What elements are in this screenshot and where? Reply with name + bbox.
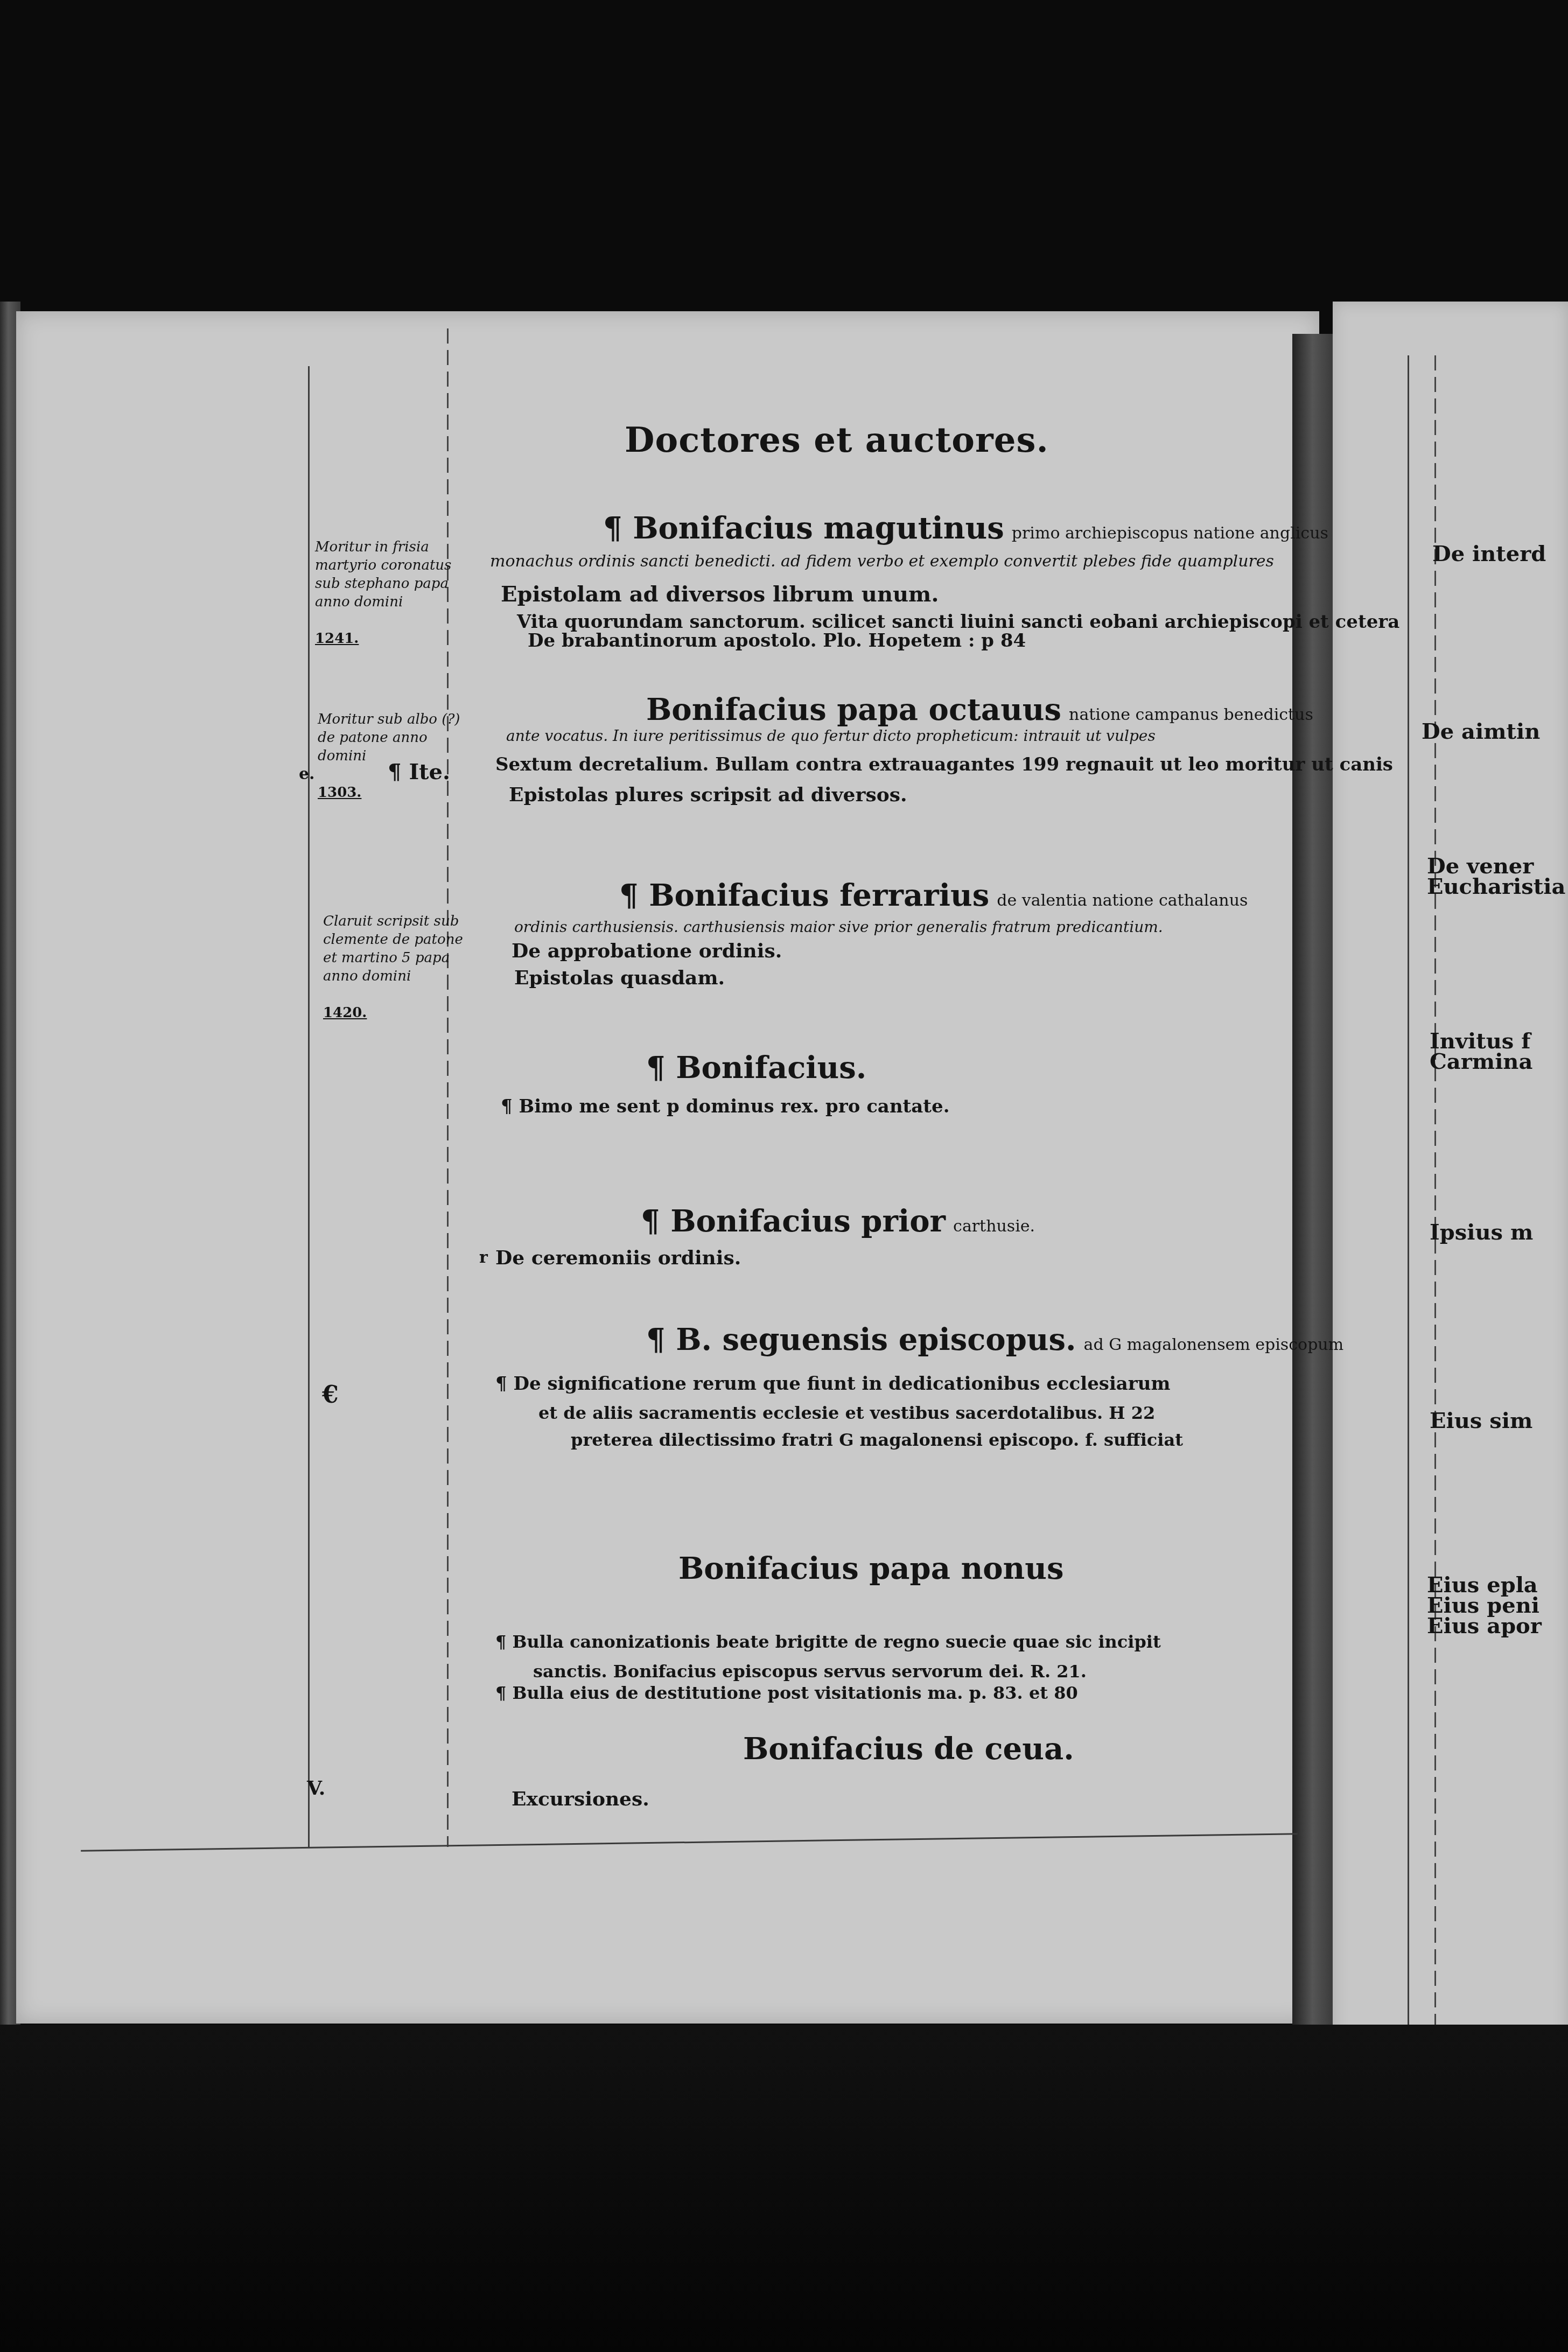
margin-note: Claruit scripsit sub clemente de patone … bbox=[323, 894, 468, 1022]
entry-title-text: ¶ Bonifacius ferrarius bbox=[619, 878, 989, 913]
margin-note-year: 1303. bbox=[318, 785, 361, 801]
right-page-fragment: Ipsius m bbox=[1430, 1222, 1533, 1243]
margin-mark: r bbox=[479, 1248, 488, 1267]
margin-note-text: Claruit scripsit sub clemente de patone … bbox=[323, 913, 463, 984]
right-page-fragment: Invitus f Carmina bbox=[1430, 1031, 1532, 1072]
page-heading: Doctores et auctores. bbox=[625, 420, 1049, 460]
margin-mark: e. bbox=[299, 765, 315, 783]
entry-line: ante vocatus. In iure peritissimus de qu… bbox=[506, 727, 1156, 745]
right-page-fragment: De aimtin bbox=[1422, 722, 1540, 742]
entry-line: et de aliis sacramentis ecclesie et vest… bbox=[538, 1403, 1155, 1423]
entry-line: Sextum decretalium. Bullam contra extrau… bbox=[495, 754, 1393, 775]
entry-line: De brabantinorum apostolo. Plo. Hopetem … bbox=[528, 630, 1026, 652]
entry-line: ordinis carthusiensis. carthusiensis mai… bbox=[514, 918, 1163, 936]
entry-line: Epistolas quasdam. bbox=[514, 967, 725, 989]
entry-line: Vita quorundam sanctorum. scilicet sanct… bbox=[517, 611, 1399, 633]
entry-line: monachus ordinis sancti benedicti. ad fi… bbox=[490, 552, 1274, 571]
entry-line: preterea dilectissimo fratri G magalonen… bbox=[571, 1430, 1183, 1450]
entry-line: sanctis. Bonifacius episcopus servus ser… bbox=[533, 1661, 1087, 1682]
entry-title-text: Bonifacius papa nonus bbox=[678, 1551, 1064, 1586]
entry-title-b-seguensis: ¶ B. seguensis episcopus.ad G magalonens… bbox=[646, 1322, 1343, 1357]
right-page-fragment: Eius epla Eius peni Eius apor bbox=[1427, 1575, 1542, 1636]
dark-background-bottom bbox=[0, 2025, 1568, 2352]
entry-title-text: ¶ Bonifacius prior bbox=[641, 1203, 946, 1239]
entry-line: ¶ Bimo me sent p dominus rex. pro cantat… bbox=[501, 1096, 950, 1117]
entry-title-text: ¶ Bonifacius magutinus bbox=[603, 510, 1004, 546]
entry-line: Epistolas plures scripsit ad diversos. bbox=[509, 783, 907, 806]
entry-title-bonifacius-ferrarius: ¶ Bonifacius ferrariusde valentia nation… bbox=[619, 878, 1248, 913]
entry-title-note: natione campanus benedictus bbox=[1069, 705, 1313, 724]
margin-mark: V. bbox=[307, 1777, 325, 1800]
entry-title-note: carthusie. bbox=[953, 1217, 1035, 1236]
margin-note-year: 1241. bbox=[315, 631, 359, 647]
entry-line: Excursiones. bbox=[512, 1788, 649, 1810]
entry-title-bonifacius-prior: ¶ Bonifacius priorcarthusie. bbox=[641, 1203, 1035, 1239]
margin-note-text: Moritur in frisia martyrio coronatus sub… bbox=[315, 539, 451, 610]
entry-title-bonifacius-de-ceua: Bonifacius de ceua. bbox=[743, 1731, 1074, 1767]
entry-title-note: ad G magalonensem episcopum bbox=[1084, 1335, 1344, 1354]
right-page-fragment: De interd bbox=[1432, 544, 1546, 564]
right-margin-rule-inner bbox=[1434, 355, 1436, 2025]
entry-title-note: de valentia natione cathalanus bbox=[997, 891, 1248, 910]
entry-line: ¶ Bulla canonizationis beate brigitte de… bbox=[495, 1632, 1161, 1652]
margin-mark: ¶ Ite. bbox=[388, 759, 450, 785]
entry-title-text: ¶ Bonifacius. bbox=[646, 1050, 866, 1086]
entry-line: Epistolam ad diversos librum unum. bbox=[501, 582, 939, 607]
entry-title-text: ¶ B. seguensis episcopus. bbox=[646, 1322, 1076, 1357]
margin-note: Moritur in frisia martyrio coronatus sub… bbox=[315, 520, 460, 648]
entry-line: ¶ De significatione rerum que fiunt in d… bbox=[495, 1373, 1170, 1395]
entry-title-text: Bonifacius de ceua. bbox=[743, 1731, 1074, 1767]
right-margin-rule-outer bbox=[1408, 355, 1409, 2025]
margin-note: Moritur sub albo (?) de patone anno domi… bbox=[318, 692, 463, 802]
margin-note-year: 1420. bbox=[323, 1005, 367, 1021]
entry-line: De approbatione ordinis. bbox=[512, 940, 782, 962]
entry-title-bonifacius-maguntinus: ¶ Bonifacius magutinusprimo archiepiscop… bbox=[603, 510, 1328, 546]
book-gutter bbox=[1292, 334, 1333, 2025]
margin-mark: € bbox=[322, 1381, 339, 1409]
right-page-fragment: De vener Eucharistia bbox=[1427, 856, 1565, 897]
entry-line: ¶ Bulla eius de destitutione post visita… bbox=[495, 1683, 1078, 1703]
entry-title-bonifacius-octauus: Bonifacius papa octauusnatione campanus … bbox=[646, 692, 1313, 727]
margin-rule-outer bbox=[308, 366, 310, 1847]
margin-note-text: Moritur sub albo (?) de patone anno domi… bbox=[318, 711, 460, 764]
entry-title-bonifacius: ¶ Bonifacius. bbox=[646, 1050, 866, 1086]
entry-title-bonifacius-nonus: Bonifacius papa nonus bbox=[678, 1551, 1064, 1586]
right-page-fragment: Eius sim bbox=[1430, 1411, 1532, 1431]
entry-title-note: primo archiepiscopus natione anglicus bbox=[1012, 524, 1328, 543]
entry-title-text: Bonifacius papa octauus bbox=[646, 692, 1061, 727]
entry-line: De ceremoniis ordinis. bbox=[495, 1247, 741, 1269]
